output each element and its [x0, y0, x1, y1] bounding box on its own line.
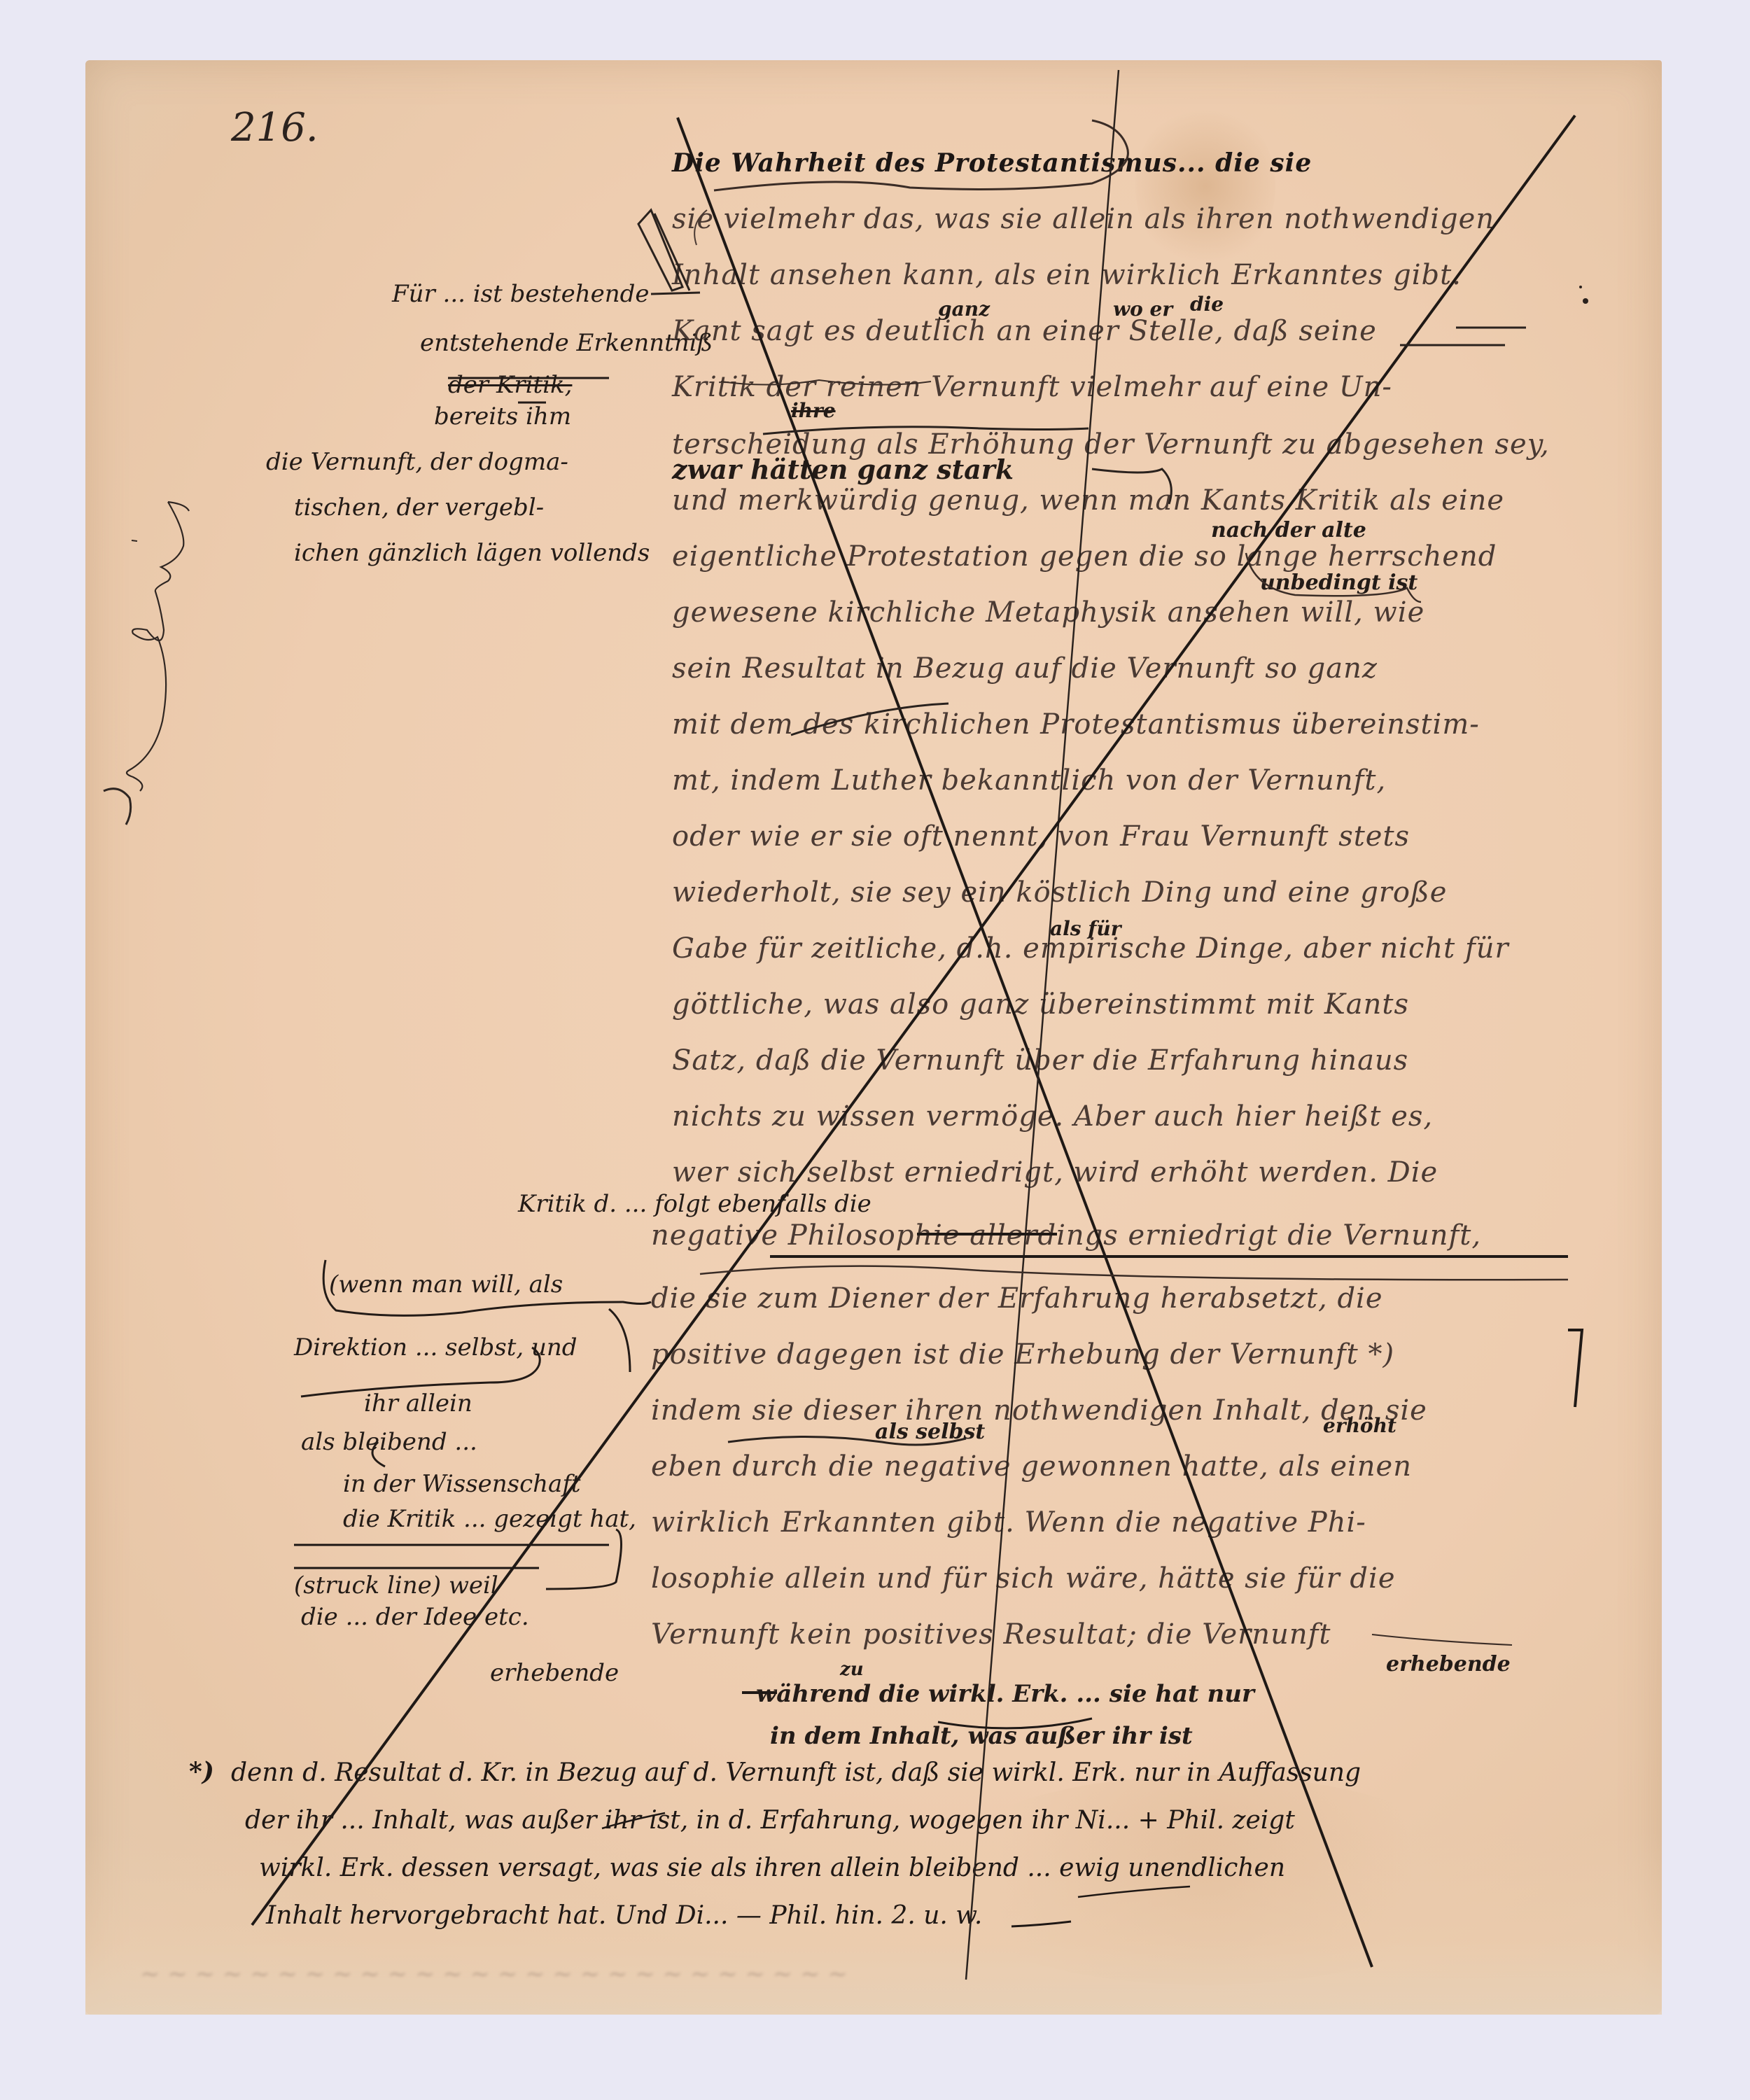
pencil-flourish: [127, 502, 189, 791]
cancel-stroke-3: [252, 115, 1575, 1925]
cancel-stroke-2: [966, 70, 1119, 1980]
ink-drawings: [0, 0, 1750, 2100]
cancel-stroke-1: [678, 118, 1372, 1967]
